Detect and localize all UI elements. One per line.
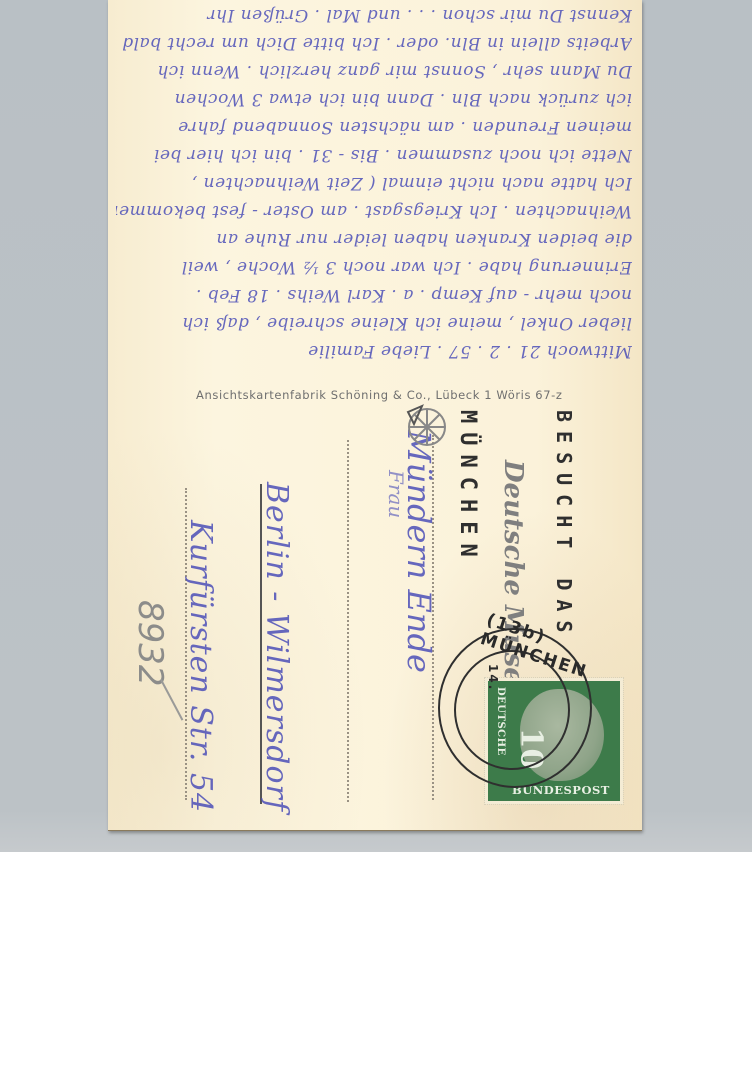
- message-line: Kennst Du mir schon . . . und Mal . Grüß…: [116, 0, 632, 30]
- pencil-slash: [160, 679, 183, 721]
- message-line: Ich hatte nach nicht einmal ( Zeit Weihn…: [116, 168, 632, 198]
- handwritten-message: Kennst Du mir schon . . . und Mal . Grüß…: [116, 0, 632, 380]
- message-line: Mittwoch 21 . 2 . 57 . Liebe Familie: [116, 336, 632, 366]
- address-line-salutation: Frau: [384, 470, 408, 518]
- address-line-name: Mündern Ende: [400, 430, 438, 673]
- message-line: lieber Onkel , meine ich Kleine schreibe…: [116, 308, 632, 338]
- message-line: Arbeits allein in Bln. oder . Ich bitte …: [116, 28, 632, 58]
- message-line: noch mehr - auf Kemp . a . Karl Weihs . …: [116, 280, 632, 310]
- museum-emblem-icon: [402, 402, 452, 452]
- cancellation-slogan-top: BESUCHT DAS: [552, 410, 576, 641]
- postmark-date: 14.: [486, 664, 500, 691]
- address-line-city: Berlin - Wilmersdorf: [259, 482, 294, 812]
- reference-number: 8932: [130, 600, 170, 687]
- postcard: Kennst Du mir schon . . . und Mal . Grüß…: [108, 0, 642, 831]
- message-line: Du Mann sehr , Sonnst mir ganz herzlich …: [116, 56, 632, 86]
- message-line: Weihnachten . Ich Kriegsgast . am Oster …: [116, 196, 632, 226]
- message-line: meinen Freunden . am nächsten Sonnabend …: [116, 112, 632, 142]
- message-line: ich zurück nach Bln . Dann bin ich etwa …: [116, 84, 632, 114]
- message-line: Nette ich noch zusammen . Bis - 31 . bin…: [116, 140, 632, 170]
- cancellation-slogan-city: MÜNCHEN: [455, 410, 480, 566]
- address-line-street: Kurfürsten Str. 54: [183, 520, 218, 813]
- publisher-imprint: Ansichtskartenfabrik Schöning & Co., Lüb…: [196, 388, 563, 402]
- address-line-dotted: [347, 440, 349, 802]
- message-line: Erinnerung habe . Ich war noch 3 ½ Woche…: [116, 252, 632, 282]
- message-line: die beiden Kranken haben leider nur Ruhe…: [116, 224, 632, 254]
